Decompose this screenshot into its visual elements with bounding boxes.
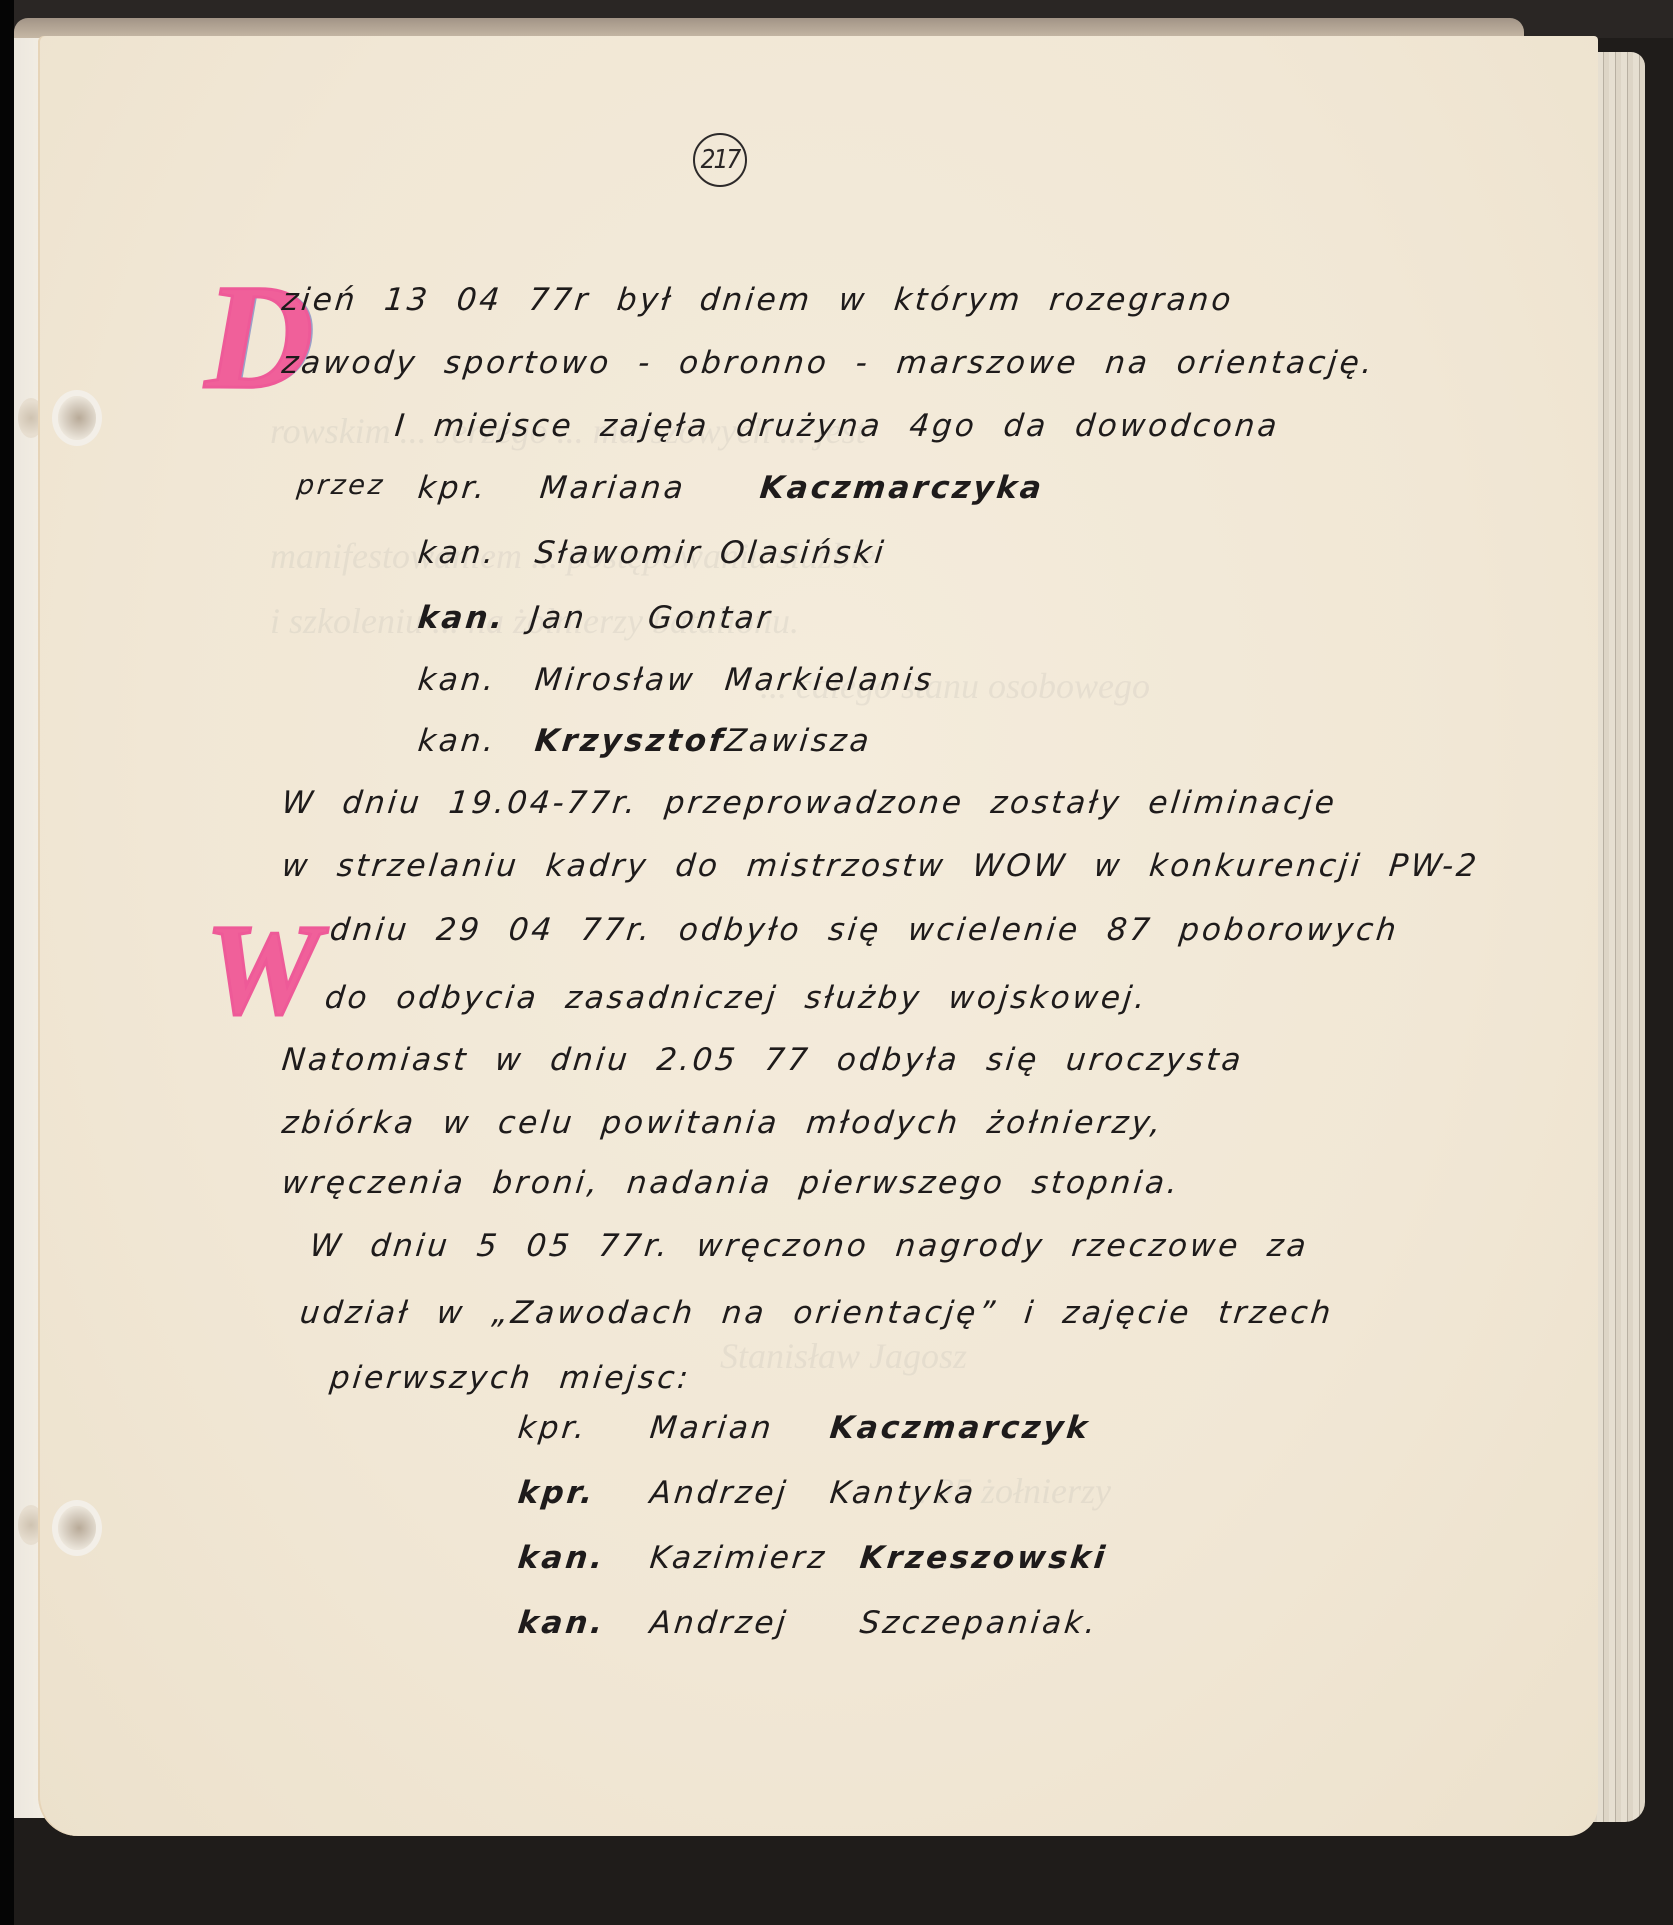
team-member-last: Markielanis: [723, 662, 936, 698]
team-member-first: Mirosław: [533, 662, 697, 698]
winner-first: Andrzej: [648, 1605, 790, 1641]
winner-first: Kazimierz: [648, 1540, 829, 1576]
scan-border-left: [0, 0, 14, 1925]
handwritten-line: zbiórka w celu powitania młodych żołnier…: [280, 1105, 1165, 1141]
page-number-stamp: 217: [693, 133, 747, 187]
winner-last: Kantyka: [828, 1475, 978, 1511]
handwritten-line: w strzelaniu kadry do mistrzostw WOW w k…: [280, 848, 1481, 884]
winner-last: Kaczmarczyk: [828, 1410, 1092, 1446]
team-member-first: Jan: [528, 600, 589, 636]
decorative-initial-w: W: [205, 905, 321, 1035]
winner-first: Andrzej: [648, 1475, 790, 1511]
handwritten-line: przez: [295, 470, 386, 501]
team-member-first: Mariana: [538, 470, 688, 506]
winner-rank: kpr.: [516, 1475, 597, 1511]
handwritten-line: zawody sportowo - obronno - marszowe na …: [280, 345, 1377, 381]
team-member-rank: kan.: [416, 662, 498, 698]
winner-last: Krzeszowski: [858, 1540, 1109, 1576]
team-member-last: Olasiński: [718, 535, 888, 571]
team-member-last: Kaczmarczyka: [758, 470, 1046, 506]
handwritten-line: dniu 29 04 77r. odbyło się wcielenie 87 …: [328, 912, 1401, 948]
team-member-rank: kan.: [416, 600, 507, 636]
handwritten-line: Natomiast w dniu 2.05 77 odbyła się uroc…: [280, 1042, 1245, 1078]
winner-rank: kan.: [516, 1540, 607, 1576]
handwritten-line: do odbycia zasadniczej służby wojskowej.: [323, 980, 1149, 1016]
team-member-last: Gontar: [646, 600, 774, 636]
handwritten-line: wręczenia broni, nadania pierwszego stop…: [280, 1165, 1182, 1201]
winner-rank: kan.: [516, 1605, 607, 1641]
team-member-first: Sławomir: [533, 535, 704, 571]
winner-last: Szczepaniak.: [858, 1605, 1100, 1641]
binding-hole-icon: [58, 1506, 96, 1550]
team-member-rank: kan.: [416, 723, 498, 759]
binding-hole-icon: [58, 396, 96, 440]
winner-rank: kpr.: [516, 1410, 589, 1446]
handwritten-line: I miejsce zajęła drużyna 4go da dowodcon…: [393, 408, 1281, 444]
bleed-through-text: Stanisław Jagosz: [720, 1335, 967, 1377]
team-member-last: Zawisza: [723, 723, 873, 759]
handwritten-line: pierwszych miejsc:: [328, 1360, 693, 1396]
handwritten-line: W dniu 5 05 77r. wręczono nagrody rzeczo…: [308, 1228, 1310, 1264]
team-member-first: Krzysztof: [533, 723, 727, 759]
winner-first: Marian: [648, 1410, 776, 1446]
handwritten-line: udział w „Zawodach na orientację” i zaję…: [298, 1295, 1335, 1331]
team-member-rank: kan.: [416, 535, 498, 571]
handwritten-line: W dniu 19.04-77r. przeprowadzone zostały…: [280, 785, 1339, 821]
handwritten-line: ziеń 13 04 77r był dniem w którym rozegr…: [280, 282, 1235, 318]
team-member-rank: kpr.: [416, 470, 489, 506]
